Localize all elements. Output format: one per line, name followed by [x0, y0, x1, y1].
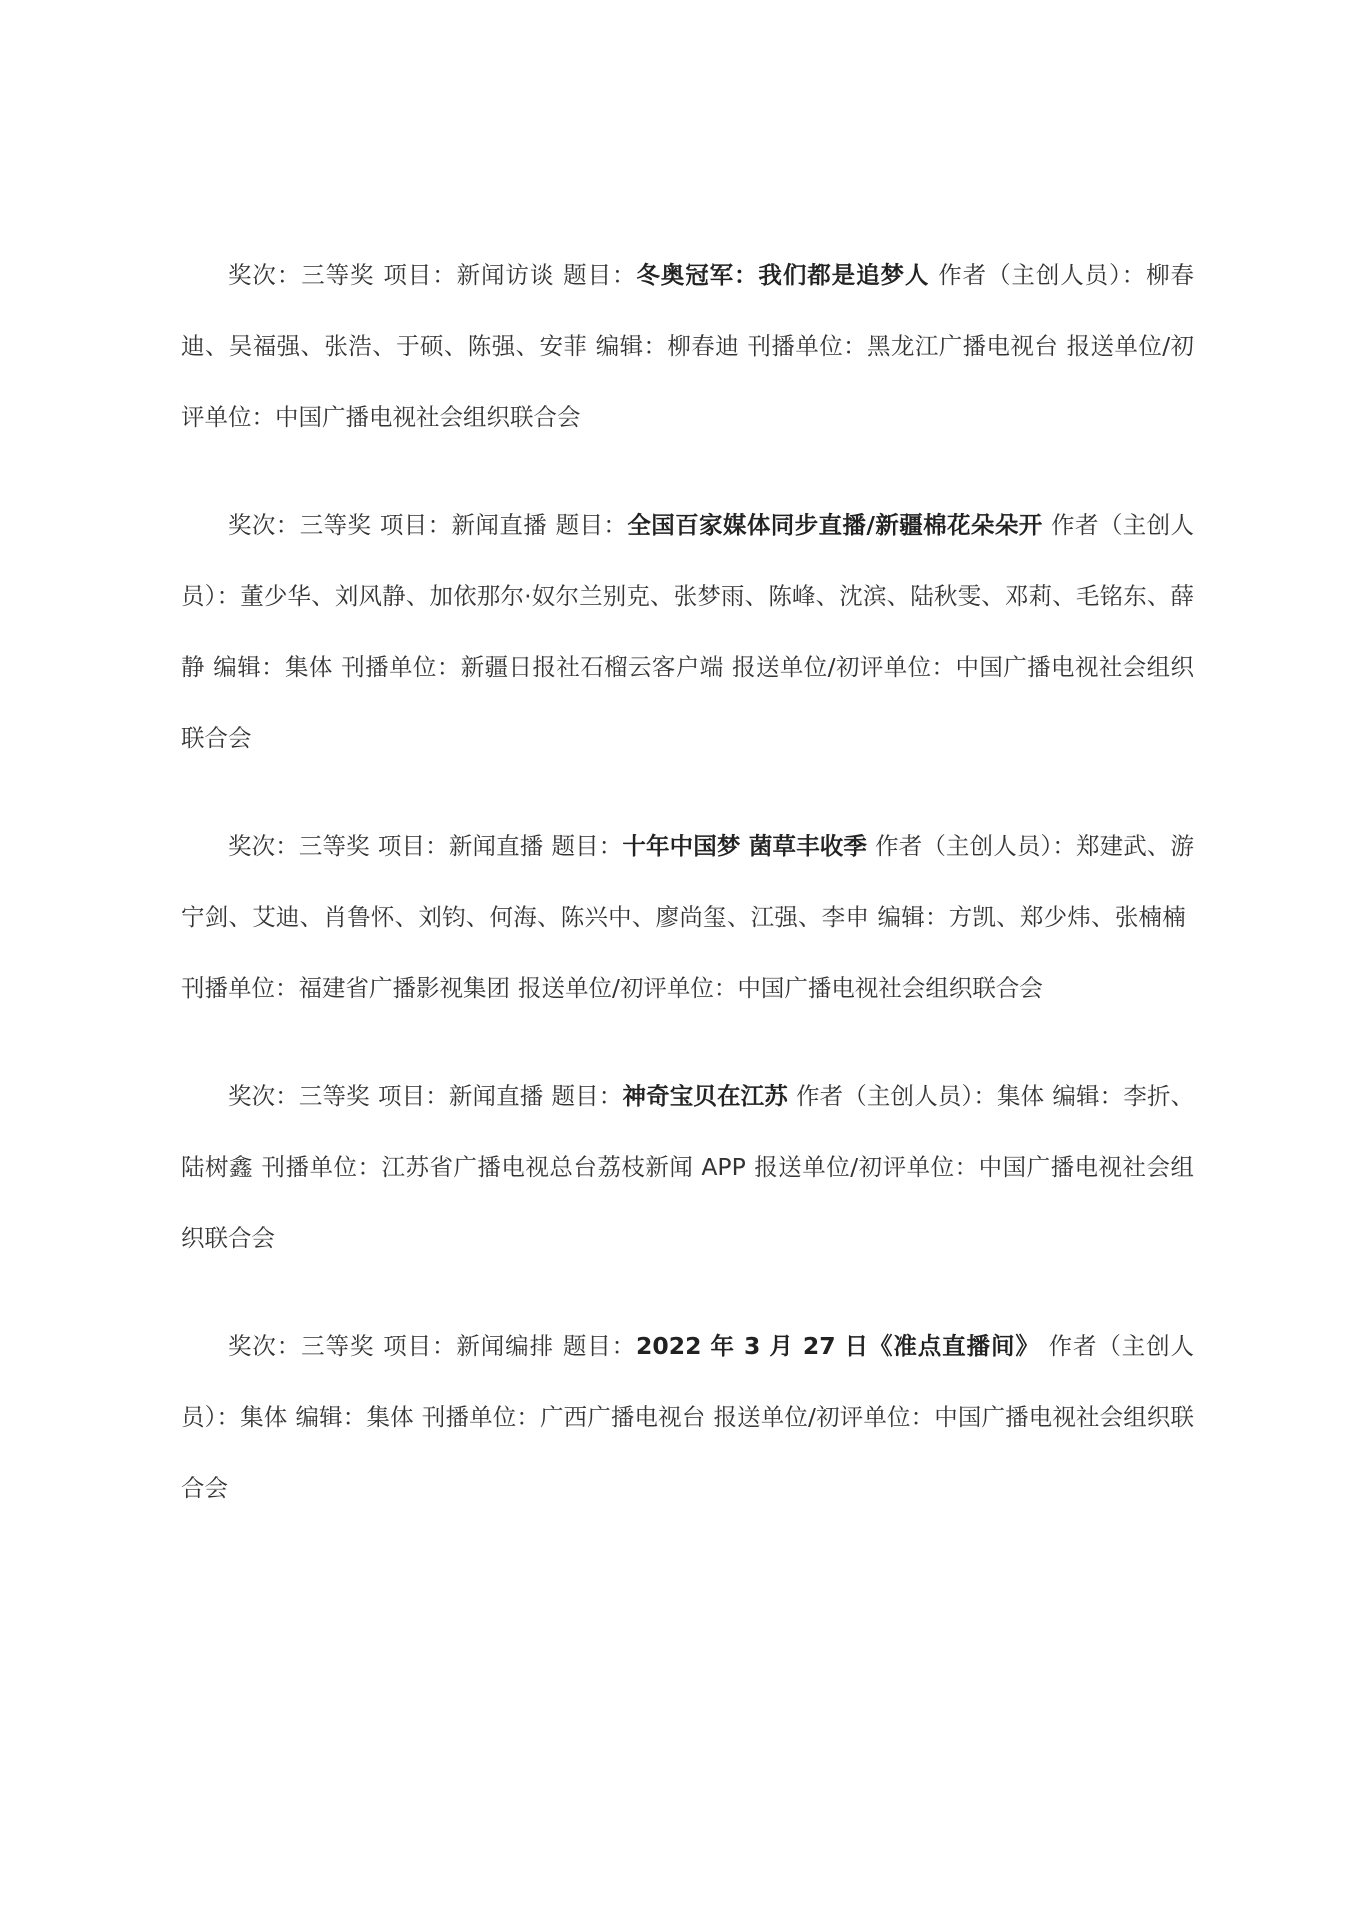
- submitter-value: 中国广播电视社会组织联合会: [275, 403, 581, 431]
- title-label: 题目：: [562, 261, 636, 289]
- award-entry: 奖次：三等奖项目：新闻访谈题目：冬奥冠军：我们都是追梦人作者（主创人员）：柳春迪…: [181, 240, 1194, 453]
- submitter-label: 报送单位/初评单位：: [713, 1403, 934, 1431]
- entry-title: 十年中国梦 菌草丰收季: [622, 832, 867, 860]
- publisher-value: 江苏省广播电视总台荔枝新闻 APP: [381, 1153, 745, 1181]
- entry-title: 2022 年 3 月 27 日《准点直播间》: [636, 1332, 1040, 1360]
- authors-value: 集体: [240, 1403, 287, 1431]
- project-value: 新闻直播: [449, 832, 544, 860]
- entry-title: 全国百家媒体同步直播/新疆棉花朵朵开: [627, 511, 1042, 539]
- project-label: 项目：: [382, 261, 456, 289]
- editor-label: 编辑：: [213, 653, 285, 681]
- publisher-value: 广西广播电视台: [540, 1403, 705, 1431]
- title-label: 题目：: [551, 1082, 622, 1110]
- publisher-label: 刊播单位：: [422, 1403, 540, 1431]
- award-label: 奖次：: [228, 511, 300, 539]
- entry-title: 神奇宝贝在江苏: [622, 1082, 787, 1110]
- publisher-value: 福建省广播影视集团: [299, 974, 511, 1002]
- project-label: 项目：: [379, 511, 451, 539]
- document-page: 奖次：三等奖项目：新闻访谈题目：冬奥冠军：我们都是追梦人作者（主创人员）：柳春迪…: [181, 240, 1194, 1561]
- submitter-label: 报送单位/初评单位：: [754, 1153, 979, 1181]
- authors-label: 作者（主创人员）：: [937, 261, 1146, 289]
- award-entry: 奖次：三等奖项目：新闻直播题目：神奇宝贝在江苏作者（主创人员）：集体编辑：李折、…: [181, 1061, 1194, 1274]
- award-value: 三等奖: [301, 261, 374, 289]
- publisher-label: 刊播单位：: [181, 974, 299, 1002]
- award-value: 三等奖: [301, 1332, 374, 1360]
- award-value: 三等奖: [299, 1082, 370, 1110]
- publisher-value: 黑龙江广播电视台: [867, 332, 1058, 360]
- project-label: 项目：: [382, 1332, 456, 1360]
- project-label: 项目：: [378, 832, 449, 860]
- award-entry: 奖次：三等奖项目：新闻直播题目：十年中国梦 菌草丰收季作者（主创人员）：郑建武、…: [181, 811, 1194, 1024]
- title-label: 题目：: [562, 1332, 636, 1360]
- editor-label: 编辑：: [877, 903, 948, 931]
- title-label: 题目：: [551, 832, 622, 860]
- editor-value: 集体: [366, 1403, 413, 1431]
- project-value: 新闻访谈: [457, 261, 555, 289]
- project-value: 新闻编排: [456, 1332, 554, 1360]
- award-entry: 奖次：三等奖项目：新闻直播题目：全国百家媒体同步直播/新疆棉花朵朵开作者（主创人…: [181, 490, 1194, 774]
- award-label: 奖次：: [228, 832, 299, 860]
- project-value: 新闻直播: [449, 1082, 544, 1110]
- project-label: 项目：: [378, 1082, 449, 1110]
- editor-label: 编辑：: [595, 332, 667, 360]
- authors-label: 作者（主创人员）：: [796, 1082, 997, 1110]
- publisher-label: 刊播单位：: [747, 332, 867, 360]
- award-label: 奖次：: [228, 261, 301, 289]
- submitter-label: 报送单位/初评单位：: [518, 974, 737, 1002]
- submitter-label: 报送单位/初评单位：: [732, 653, 956, 681]
- authors-value: 集体: [997, 1082, 1044, 1110]
- award-entry: 奖次：三等奖项目：新闻编排题目：2022 年 3 月 27 日《准点直播间》作者…: [181, 1311, 1194, 1524]
- entry-title: 冬奥冠军：我们都是追梦人: [636, 261, 929, 289]
- award-value: 三等奖: [300, 511, 372, 539]
- publisher-value: 新疆日报社石榴云客户端: [461, 653, 724, 681]
- project-value: 新闻直播: [452, 511, 548, 539]
- publisher-label: 刊播单位：: [341, 653, 461, 681]
- submitter-value: 中国广播电视社会组织联合会: [737, 974, 1043, 1002]
- editor-value: 集体: [285, 653, 333, 681]
- editor-label: 编辑：: [295, 1403, 366, 1431]
- award-value: 三等奖: [299, 832, 370, 860]
- publisher-label: 刊播单位：: [261, 1153, 381, 1181]
- editor-value: 方凯、郑少炜、张楠楠: [949, 903, 1186, 931]
- editor-value: 柳春迪: [667, 332, 739, 360]
- award-label: 奖次：: [228, 1332, 301, 1360]
- award-label: 奖次：: [228, 1082, 299, 1110]
- title-label: 题目：: [555, 511, 627, 539]
- authors-label: 作者（主创人员）：: [875, 832, 1076, 860]
- editor-label: 编辑：: [1052, 1082, 1123, 1110]
